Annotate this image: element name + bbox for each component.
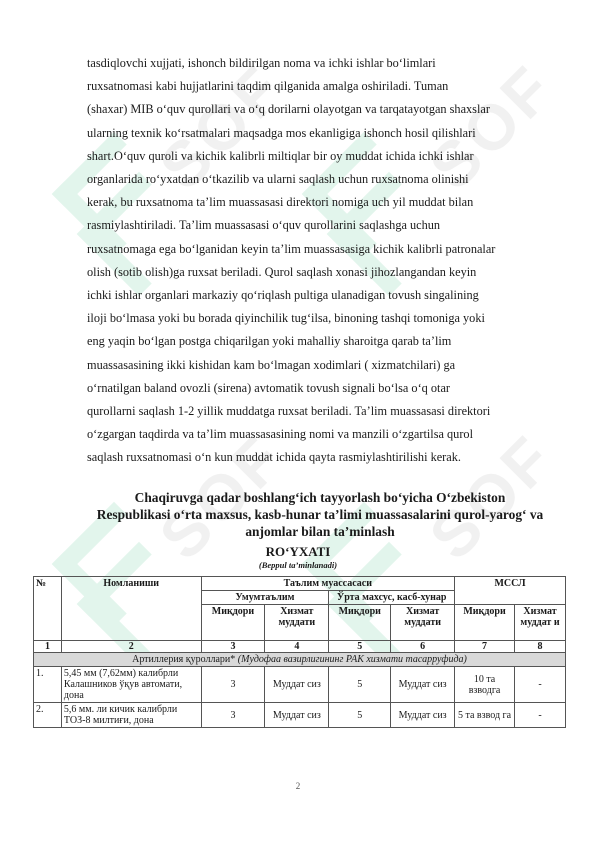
paragraph-line: olish (sotib olish)ga ruxsat beriladi. Q…	[87, 261, 553, 284]
row-mssl-qty: 5 та взвод га	[455, 703, 515, 728]
column-number-row: 1 2 3 4 5 6 7 8	[34, 641, 566, 653]
paragraph-line: organlarida ro‘yxatdan o‘tkazilib va ula…	[87, 168, 553, 191]
paragraph-line: o‘zgargan taqdirda va ta’lim muassasasin…	[87, 423, 553, 446]
row-special-qty: 5	[329, 667, 391, 703]
list-subtitle: (Beppul ta’minlanadi)	[0, 560, 596, 570]
column-number: 7	[455, 641, 515, 653]
heading-line: Chaqiruvga qadar boshlang‘ich tayyorlash…	[70, 489, 570, 506]
row-mssl-term: -	[515, 703, 566, 728]
paragraph-line: qurollarni saqlash 1-2 yillik muddatga r…	[87, 400, 553, 423]
paragraph-line: tasdiqlovchi xujjati, ishonch bildirilga…	[87, 52, 553, 75]
paragraph-line: saqlash ruxsatnomasi o‘n kun muddat ichi…	[87, 446, 553, 469]
column-number: 6	[391, 641, 455, 653]
header-service-term: Хизмат муддати	[265, 605, 329, 641]
section-note: (Мудофаа вазирлигининг РАК хизмати тасар…	[238, 654, 467, 665]
section-heading: Chaqiruvga qadar boshlang‘ich tayyorlash…	[70, 489, 570, 540]
table-row: 2. 5,6 мм. ли кичик калибрли ТОЗ-8 милти…	[34, 703, 566, 728]
header-service-term: Хизмат муддат и	[515, 605, 566, 641]
header-general-edu: Умумтаълим	[201, 591, 329, 605]
column-number: 3	[201, 641, 265, 653]
column-number: 8	[515, 641, 566, 653]
paragraph-line: ruxsatnomaga ega bo‘lganidan keyin ta’li…	[87, 238, 553, 261]
column-number: 1	[34, 641, 62, 653]
row-name: 5,6 мм. ли кичик калибрли ТОЗ-8 милтиғи,…	[61, 703, 201, 728]
body-paragraph: tasdiqlovchi xujjati, ishonch bildirilga…	[87, 52, 553, 470]
row-special-term: Муддат сиз	[391, 703, 455, 728]
table-header-row: № Номланиши Таълим муассасаси МССЛ	[34, 577, 566, 591]
heading-line: anjomlar bilan ta’minlash	[70, 523, 570, 540]
header-quantity: Миқдори	[329, 605, 391, 641]
section-title: Артиллерия қуроллари*	[132, 654, 235, 665]
list-title: RO‘YXATI	[0, 544, 596, 560]
row-special-term: Муддат сиз	[391, 667, 455, 703]
header-secondary-special: Ўрта махсус, касб-хунар	[329, 591, 455, 605]
header-service-term: Хизмат муддати	[391, 605, 455, 641]
paragraph-line: kerak, bu ruxsatnoma ta’lim muassasasi d…	[87, 191, 553, 214]
header-quantity: Миқдори	[455, 605, 515, 641]
row-general-term: Муддат сиз	[265, 703, 329, 728]
section-row: Артиллерия қуроллари* (Мудофаа вазирлиги…	[34, 653, 566, 667]
row-name: 5,45 мм (7,62мм) калибрли Калашников ўқу…	[61, 667, 201, 703]
page-number: 2	[0, 781, 596, 791]
row-mssl-term: -	[515, 667, 566, 703]
heading-line: Respublikasi o‘rta maxsus, kasb-hunar ta…	[70, 506, 570, 523]
column-number: 4	[265, 641, 329, 653]
column-number: 2	[61, 641, 201, 653]
equipment-table: № Номланиши Таълим муассасаси МССЛ Умумт…	[33, 576, 566, 728]
paragraph-line: muassasasining ikki kishidan kam bo‘lmag…	[87, 354, 553, 377]
paragraph-line: eng yaqin bo‘lgan postga chiqarilgan yok…	[87, 330, 553, 353]
paragraph-line: (shaxar) MIB o‘quv qurollari va o‘q dori…	[87, 98, 553, 121]
row-no: 1.	[34, 667, 62, 703]
section-cell: Артиллерия қуроллари* (Мудофаа вазирлиги…	[34, 653, 566, 667]
paragraph-line: rasmiylashtiriladi. Ta’lim muassasasi o‘…	[87, 214, 553, 237]
header-name: Номланиши	[61, 577, 201, 641]
paragraph-line: ichki ishlar organlari markaziy qo‘riqla…	[87, 284, 553, 307]
row-general-qty: 3	[201, 703, 265, 728]
paragraph-line: o‘rnatilgan baland ovozli (sirena) avtom…	[87, 377, 553, 400]
row-special-qty: 5	[329, 703, 391, 728]
row-no: 2.	[34, 703, 62, 728]
header-quantity: Миқдори	[201, 605, 265, 641]
row-mssl-qty: 10 та взводга	[455, 667, 515, 703]
column-number: 5	[329, 641, 391, 653]
row-general-term: Муддат сиз	[265, 667, 329, 703]
paragraph-line: ularning texnik ko‘rsatmalari maqsadga m…	[87, 122, 553, 145]
row-general-qty: 3	[201, 667, 265, 703]
header-no: №	[34, 577, 62, 641]
paragraph-line: ruxsatnomasi kabi hujjatlarini taqdim qi…	[87, 75, 553, 98]
header-mssl: МССЛ	[455, 577, 566, 605]
paragraph-line: shart.O‘quv quroli va kichik kalibrli mi…	[87, 145, 553, 168]
header-edu-institution: Таълим муассасаси	[201, 577, 455, 591]
table-row: 1. 5,45 мм (7,62мм) калибрли Калашников …	[34, 667, 566, 703]
paragraph-line: iloji bo‘lmasa yoki bu borada qiyinchili…	[87, 307, 553, 330]
